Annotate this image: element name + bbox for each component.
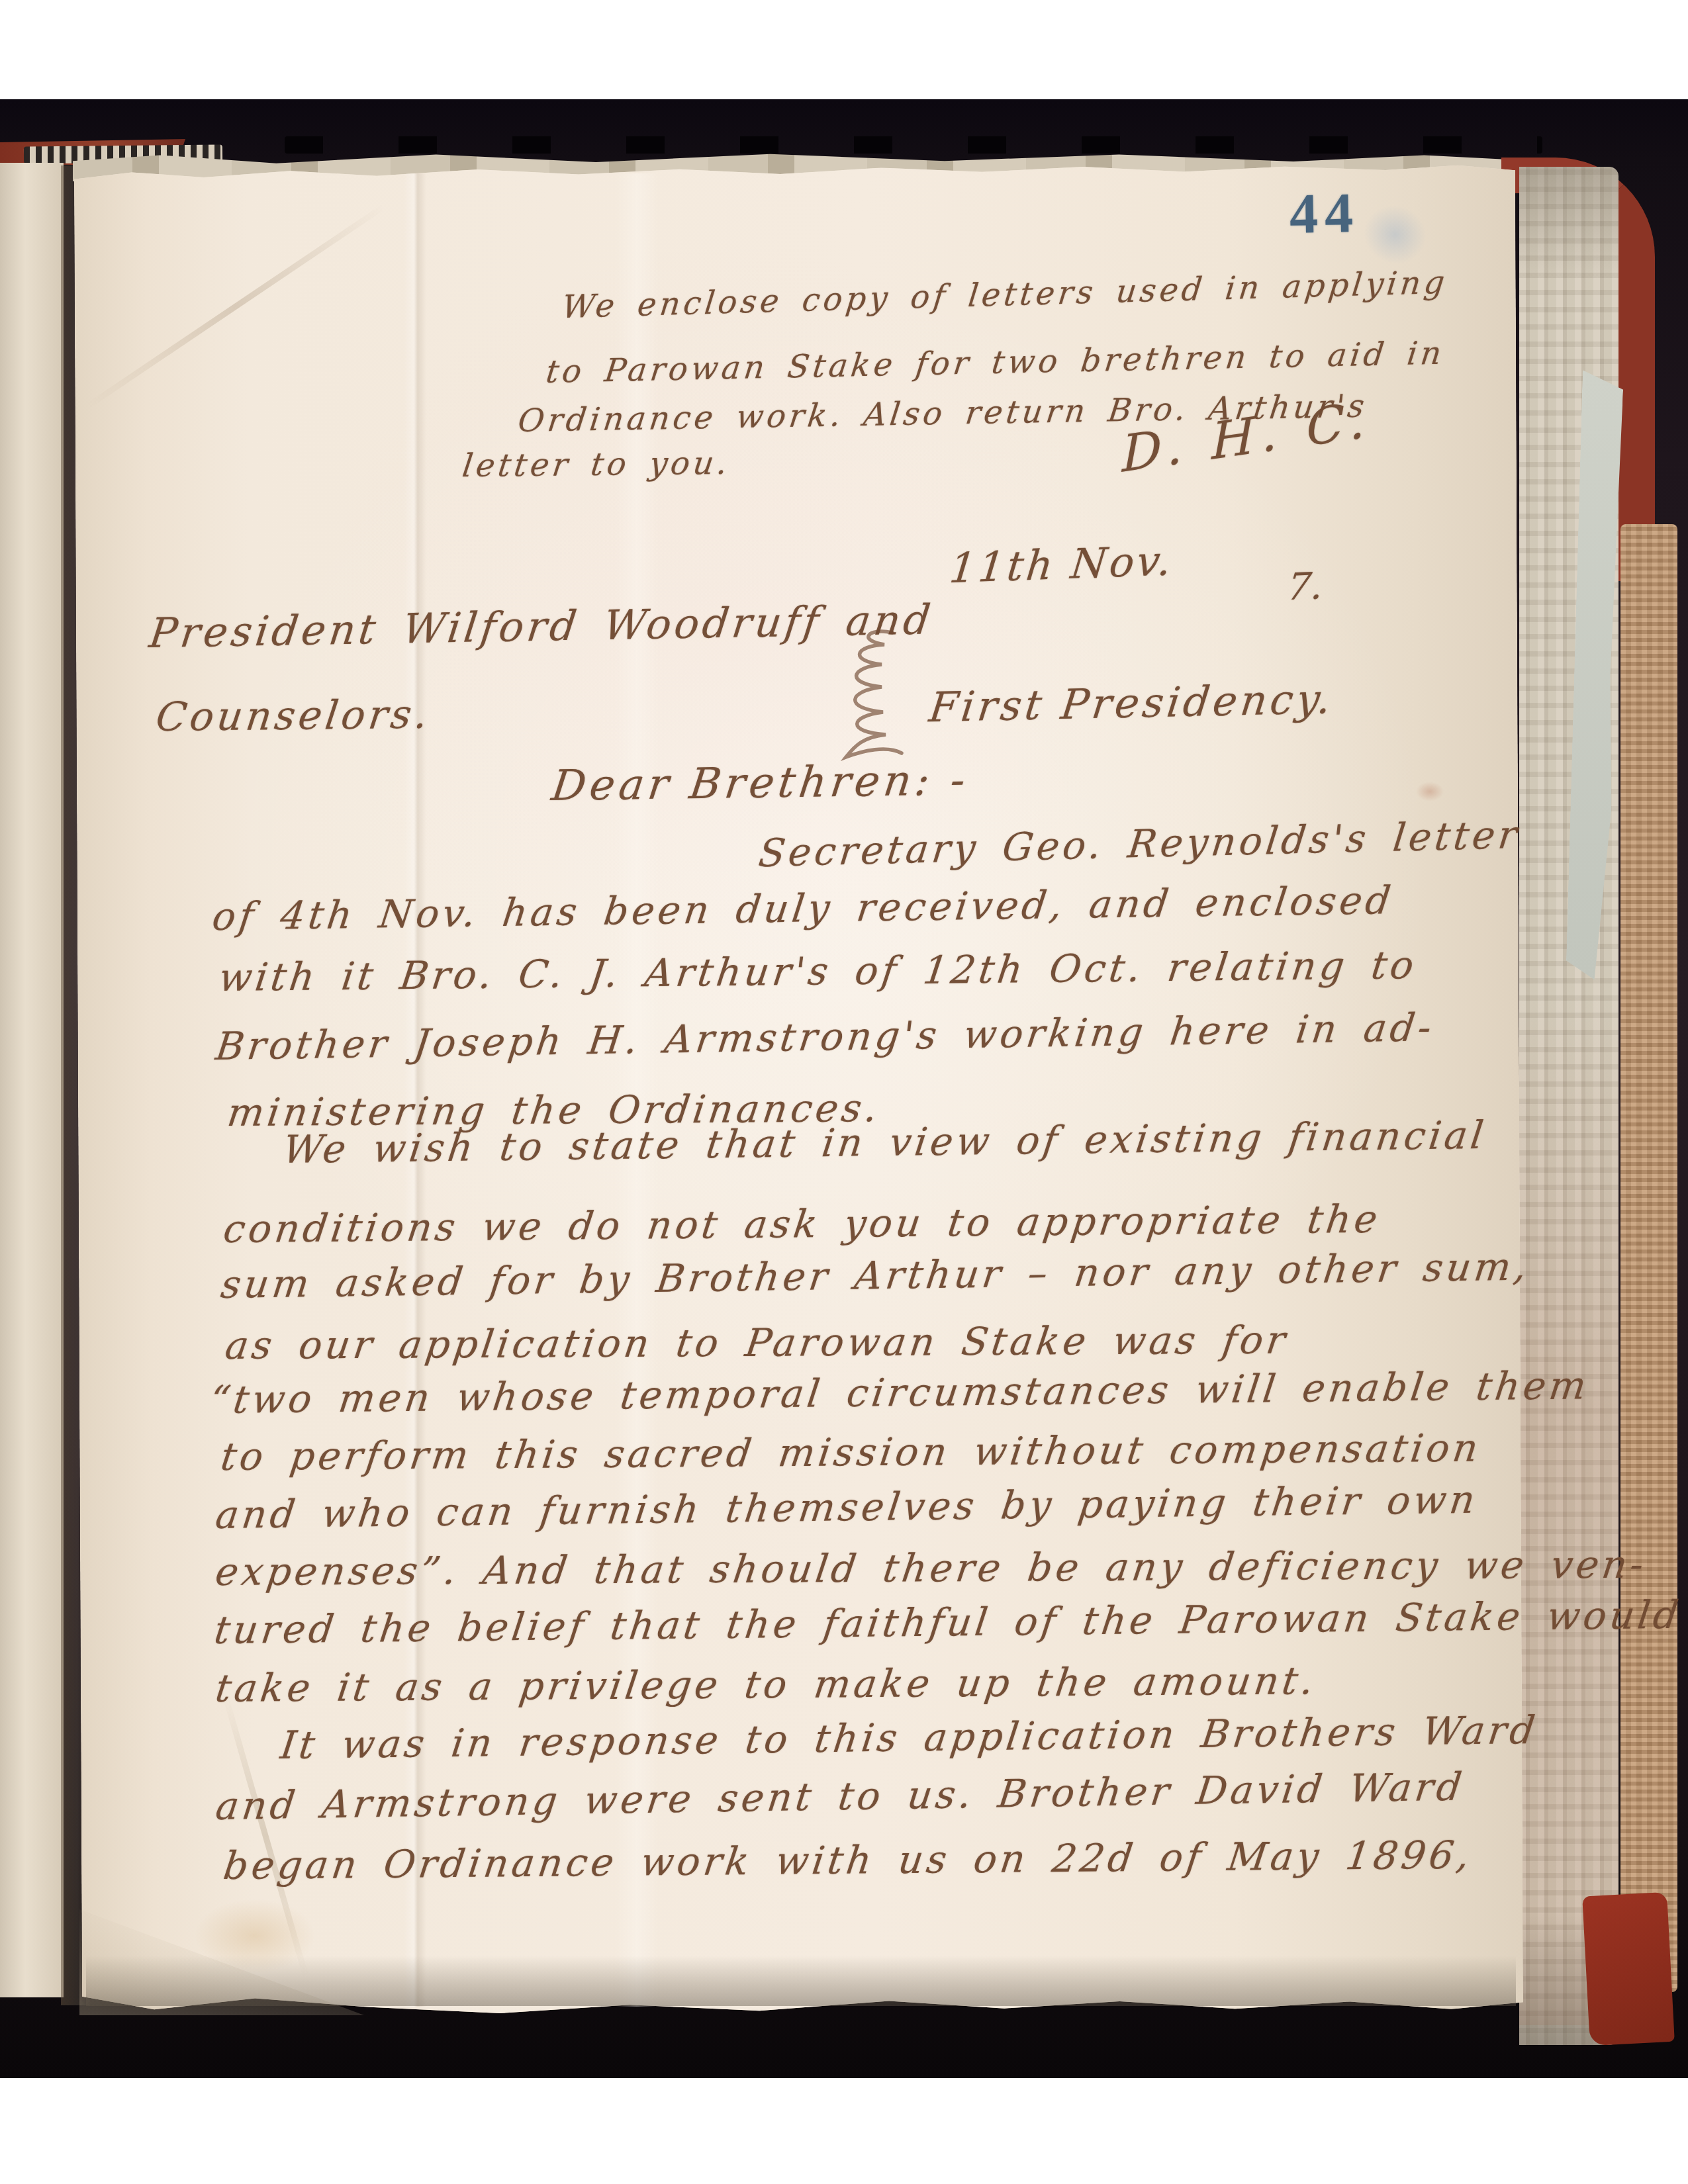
address-first-presidency: First Presidency. bbox=[927, 678, 1336, 728]
body-line: tured the belief that the faithful of th… bbox=[212, 1596, 1683, 1649]
body-line: expenses”. And that should there be any … bbox=[213, 1545, 1649, 1591]
body-line: with it Bro. C. J. Arthur's of 12th Oct.… bbox=[216, 946, 1419, 997]
year-text: 7. bbox=[1286, 568, 1325, 606]
body-line: as our application to Parowan Stake was … bbox=[223, 1321, 1291, 1365]
address-line-president: President Wilford Woodruff and bbox=[147, 599, 935, 654]
body-line: and Armstrong were sent to us. Brother D… bbox=[214, 1767, 1467, 1825]
note-line: letter to you. bbox=[461, 447, 733, 482]
date-text: 11th Nov. bbox=[947, 540, 1176, 589]
body-line: Brother Joseph H. Armstrong's working he… bbox=[214, 1008, 1437, 1066]
body-line: conditions we do not ask you to appropri… bbox=[221, 1200, 1383, 1248]
handwriting-layer: 44 We enclose copy of letters used in ap… bbox=[0, 0, 1688, 2184]
scanned-letterbook-photo: 44 We enclose copy of letters used in ap… bbox=[0, 0, 1688, 2184]
body-line: and who can furnish themselves by paying… bbox=[214, 1480, 1481, 1534]
salutation: Dear Brethren: - bbox=[549, 759, 972, 807]
address-line-counselors: Counselors. bbox=[154, 695, 433, 737]
body-line: began Ordinance work with us on 22d of M… bbox=[221, 1836, 1475, 1886]
page-number-stamp: 44 bbox=[1289, 179, 1360, 247]
body-line: It was in response to this application B… bbox=[279, 1711, 1540, 1764]
body-line: Secretary Geo. Reynolds's letter bbox=[757, 815, 1522, 872]
note-line: We enclose copy of letters used in apply… bbox=[561, 267, 1450, 324]
body-line: to perform this sacred mission without c… bbox=[218, 1429, 1483, 1476]
body-line: “two men whose temporal circumstances wi… bbox=[208, 1366, 1591, 1419]
body-line: sum asked for by Brother Arthur – nor an… bbox=[219, 1247, 1532, 1304]
body-line: take it as a privilege to make up the am… bbox=[213, 1661, 1319, 1707]
body-line: of 4th Nov. has been duly received, and … bbox=[211, 881, 1396, 936]
note-line: to Parowan Stake for two brethren to aid… bbox=[544, 338, 1446, 388]
